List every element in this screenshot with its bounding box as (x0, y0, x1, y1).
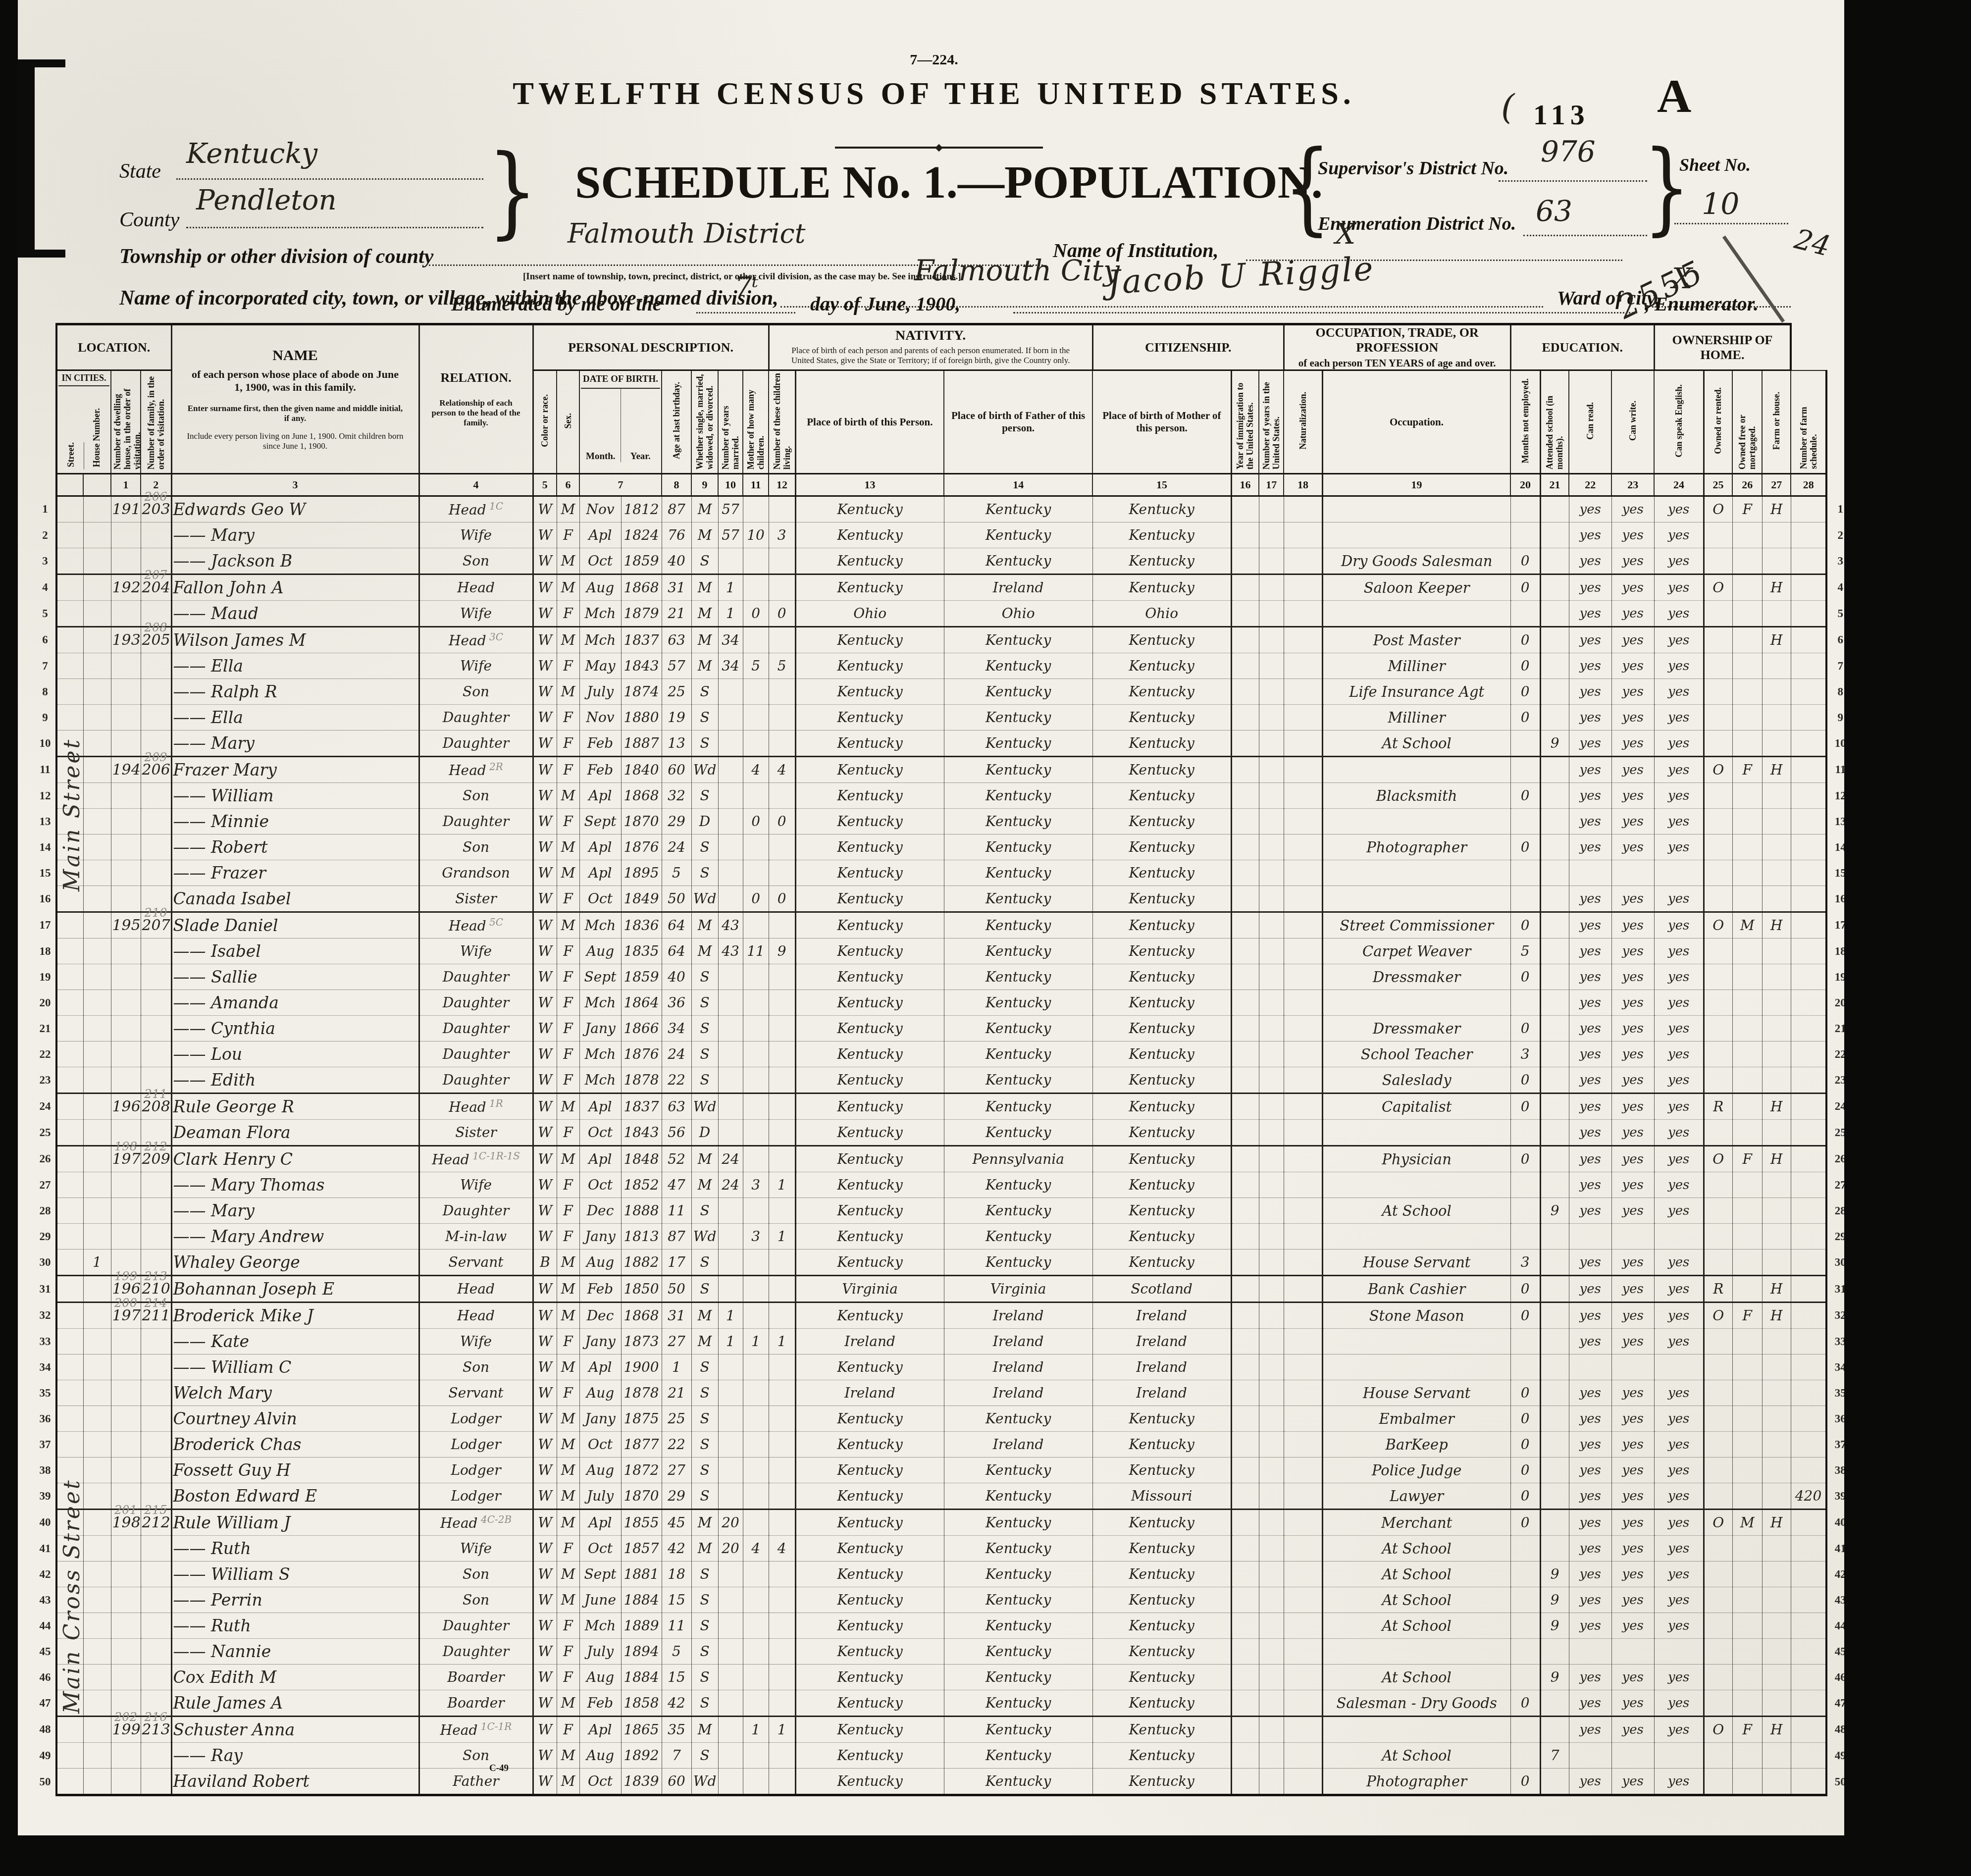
house-number (83, 834, 111, 860)
occupation: Lawyer (1322, 1483, 1510, 1510)
attended-school (1540, 1380, 1569, 1406)
census-row: 2—— MaryWifeWFApl182476M57103KentuckyKen… (35, 522, 1844, 548)
owned-or-rented (1704, 1483, 1732, 1510)
mother-birthplace: Kentucky (1092, 730, 1231, 757)
line-number-right: 5 (1826, 601, 1844, 627)
attended-school (1540, 705, 1569, 730)
line-number-right: 13 (1826, 809, 1844, 834)
owned-free-or-mortgaged (1732, 1665, 1762, 1690)
years-in-us (1259, 1094, 1284, 1120)
attended-school (1540, 938, 1569, 964)
can-read: yes (1569, 834, 1611, 860)
naturalization (1284, 1042, 1322, 1067)
sex: M (557, 912, 579, 938)
enumerator-label: , Enumerator. (1645, 292, 1759, 315)
house-number (83, 1510, 111, 1536)
mother-birthplace: Kentucky (1092, 1717, 1231, 1743)
dwelling-number: 196 (111, 1094, 141, 1120)
marital-status: M (691, 1303, 718, 1329)
col10-label: Number of years married. (718, 370, 743, 474)
marital-status: M (691, 1536, 718, 1562)
dwelling-number (111, 1432, 141, 1458)
months-not-employed: 0 (1510, 964, 1540, 990)
marital-status: D (691, 809, 718, 834)
census-row: 28—— MaryDaughterWFDec188811SKentuckyKen… (35, 1198, 1844, 1224)
relation: Daughter (419, 964, 533, 990)
birthplace: Kentucky (795, 1690, 944, 1717)
sex: M (557, 548, 579, 574)
months-not-employed: 0 (1510, 783, 1540, 809)
line-number-right: 36 (1826, 1406, 1844, 1432)
birthplace: Kentucky (795, 522, 944, 548)
can-speak-english: yes (1654, 1483, 1704, 1510)
can-speak-english: yes (1654, 1172, 1704, 1198)
supervisor-district-line (1499, 159, 1647, 182)
attended-school (1540, 757, 1569, 783)
line-number-left: 46 (35, 1665, 56, 1690)
father-birthplace: Kentucky (944, 1769, 1092, 1795)
farm-or-house (1762, 730, 1791, 757)
months-not-employed (1510, 886, 1540, 912)
group-ownership: OWNERSHIP OF HOME. (1654, 324, 1791, 370)
birth-month: Aug (579, 574, 621, 601)
can-speak-english: yes (1654, 548, 1704, 574)
can-write: yes (1611, 1250, 1654, 1276)
house-number (83, 1067, 111, 1094)
children-living (769, 1303, 795, 1329)
years-married: 1 (718, 601, 743, 627)
family-number (141, 938, 171, 964)
attended-school (1540, 653, 1569, 679)
relation: Head 3C (419, 627, 533, 653)
owned-or-rented (1704, 1120, 1732, 1146)
owned-free-or-mortgaged (1732, 1355, 1762, 1380)
farm-or-house (1762, 1639, 1791, 1665)
can-speak-english: yes (1654, 1120, 1704, 1146)
dwelling-number (111, 886, 141, 912)
line-number-left: 39 (35, 1483, 56, 1510)
years-in-us (1259, 1690, 1284, 1717)
birth-month: Oct (579, 1120, 621, 1146)
marital-status: S (691, 730, 718, 757)
dwelling-number (111, 1329, 141, 1355)
attended-school (1540, 1717, 1569, 1743)
father-birthplace: Kentucky (944, 964, 1092, 990)
house-number (83, 548, 111, 574)
birth-month: Feb (579, 757, 621, 783)
relation: Head 1C (419, 496, 533, 522)
relation: Head 2R (419, 757, 533, 783)
father-birthplace: Kentucky (944, 1016, 1092, 1042)
children-living (769, 1743, 795, 1769)
birth-month: Sept (579, 809, 621, 834)
years-married (718, 1587, 743, 1613)
owned-or-rented: O (1704, 912, 1732, 938)
age: 22 (662, 1067, 691, 1094)
dwelling-number (111, 522, 141, 548)
attended-school (1540, 964, 1569, 990)
farm-or-house: H (1762, 574, 1791, 601)
line-number-right: 47 (1826, 1690, 1844, 1717)
census-row: 20—— AmandaDaughterWFMch186436SKentuckyK… (35, 990, 1844, 1016)
children-living (769, 705, 795, 730)
months-not-employed (1510, 601, 1540, 627)
birthplace: Kentucky (795, 1224, 944, 1250)
family-number: 216213 (141, 1717, 171, 1743)
street-cell (56, 964, 83, 990)
marital-status: M (691, 1510, 718, 1536)
person-name: —— William (171, 783, 419, 809)
birth-month: July (579, 1483, 621, 1510)
owned-free-or-mortgaged (1732, 1198, 1762, 1224)
person-name: Rule James A (171, 1690, 419, 1717)
line-number-left: 36 (35, 1406, 56, 1432)
months-not-employed: 0 (1510, 627, 1540, 653)
father-birthplace: Kentucky (944, 1510, 1092, 1536)
line-number-left: 47 (35, 1690, 56, 1717)
farm-or-house: H (1762, 1146, 1791, 1172)
age: 27 (662, 1458, 691, 1483)
father-birthplace: Kentucky (944, 1639, 1092, 1665)
farm-or-house (1762, 1355, 1791, 1380)
years-married (718, 809, 743, 834)
months-not-employed (1510, 496, 1540, 522)
occupation: Merchant (1322, 1510, 1510, 1536)
father-birthplace: Kentucky (944, 1536, 1092, 1562)
col1-label: Number of dwelling house, in the order o… (111, 370, 141, 474)
birth-year: 1892 (621, 1743, 662, 1769)
street-cell (56, 1172, 83, 1198)
relation: Son (419, 1562, 533, 1587)
owned-or-rented (1704, 990, 1732, 1016)
house-number (83, 1690, 111, 1717)
years-married (718, 1717, 743, 1743)
farm-schedule (1791, 809, 1826, 834)
immigration-year (1231, 1146, 1259, 1172)
owned-or-rented (1704, 886, 1732, 912)
can-read: yes (1569, 1067, 1611, 1094)
mother-birthplace: Kentucky (1092, 1198, 1231, 1224)
birth-year: 1900 (621, 1355, 662, 1380)
sex: M (557, 1303, 579, 1329)
owned-free-or-mortgaged (1732, 1250, 1762, 1276)
margin-num-left (35, 474, 56, 496)
age: 57 (662, 653, 691, 679)
house-number (83, 757, 111, 783)
line-number-left: 8 (35, 679, 56, 705)
birthplace: Kentucky (795, 496, 944, 522)
farm-or-house (1762, 1042, 1791, 1067)
farm-or-house (1762, 1120, 1791, 1146)
house-number (83, 1146, 111, 1172)
can-write: yes (1611, 1717, 1654, 1743)
owned-free-or-mortgaged (1732, 705, 1762, 730)
owned-or-rented (1704, 1769, 1732, 1795)
birth-month: Feb (579, 1276, 621, 1303)
birth-month: Apl (579, 1094, 621, 1120)
years-in-us (1259, 1276, 1284, 1303)
can-read: yes (1569, 990, 1611, 1016)
person-name: —— Minnie (171, 809, 419, 834)
children-living (769, 1120, 795, 1146)
color-race: W (533, 653, 557, 679)
birthplace: Kentucky (795, 860, 944, 886)
farm-or-house (1762, 1198, 1791, 1224)
immigration-year (1231, 860, 1259, 886)
can-read: yes (1569, 783, 1611, 809)
birth-year: 1884 (621, 1665, 662, 1690)
owned-free-or-mortgaged (1732, 1094, 1762, 1120)
children-living: 4 (769, 757, 795, 783)
attended-school (1540, 1042, 1569, 1067)
naturalization (1284, 834, 1322, 860)
colnum-10: 10 (718, 474, 743, 496)
father-birthplace: Kentucky (944, 783, 1092, 809)
children-living (769, 783, 795, 809)
naturalization (1284, 1224, 1322, 1250)
state-county-brace: } (487, 133, 538, 249)
can-speak-english: yes (1654, 1717, 1704, 1743)
sex: F (557, 1198, 579, 1224)
sex: M (557, 1769, 579, 1795)
mother-birthplace: Kentucky (1092, 522, 1231, 548)
house-number (83, 1406, 111, 1432)
relation: Daughter (419, 705, 533, 730)
owned-free-or-mortgaged: M (1732, 912, 1762, 938)
birthplace: Kentucky (795, 834, 944, 860)
mother-birthplace: Kentucky (1092, 1510, 1231, 1536)
family-number (141, 653, 171, 679)
owned-free-or-mortgaged: F (1732, 496, 1762, 522)
attended-school (1540, 496, 1569, 522)
can-write: yes (1611, 1483, 1654, 1510)
attended-school (1540, 1639, 1569, 1665)
dwelling-number (111, 990, 141, 1016)
enumeration-district-line (1523, 214, 1647, 236)
naturalization (1284, 679, 1322, 705)
birthplace: Kentucky (795, 574, 944, 601)
dwelling-number: 192 (111, 574, 141, 601)
marital-status: M (691, 627, 718, 653)
farm-schedule (1791, 1094, 1826, 1120)
age: 64 (662, 938, 691, 964)
birth-month: Oct (579, 1172, 621, 1198)
birth-month: Jany (579, 1406, 621, 1432)
can-read: yes (1569, 912, 1611, 938)
birth-year: 1855 (621, 1510, 662, 1536)
relation: Boarder (419, 1665, 533, 1690)
years-married: 20 (718, 1510, 743, 1536)
birth-year: 1839 (621, 1769, 662, 1795)
age: 64 (662, 912, 691, 938)
farm-or-house (1762, 809, 1791, 834)
census-row: 32200197214211Broderick Mike JHeadWMDec1… (35, 1303, 1844, 1329)
can-read: yes (1569, 757, 1611, 783)
can-read: yes (1569, 627, 1611, 653)
birth-year: 1858 (621, 1690, 662, 1717)
immigration-year (1231, 1250, 1259, 1276)
family-number (141, 1380, 171, 1406)
farm-schedule (1791, 1690, 1826, 1717)
line-number-right: 8 (1826, 679, 1844, 705)
years-married: 24 (718, 1146, 743, 1172)
person-name: Edwards Geo W (171, 496, 419, 522)
mother-birthplace: Kentucky (1092, 679, 1231, 705)
owned-free-or-mortgaged (1732, 1042, 1762, 1067)
relation: Wife (419, 938, 533, 964)
line-number-left: 34 (35, 1355, 56, 1380)
relation: Son (419, 1743, 533, 1769)
can-write: yes (1611, 1690, 1654, 1717)
sex: F (557, 964, 579, 990)
person-name: —— Kate (171, 1329, 419, 1355)
farm-or-house (1762, 783, 1791, 809)
line-number-left: 11 (35, 757, 56, 783)
color-race: W (533, 757, 557, 783)
father-birthplace: Ireland (944, 1303, 1092, 1329)
color-race: W (533, 1198, 557, 1224)
months-not-employed: 0 (1510, 1016, 1540, 1042)
immigration-year (1231, 886, 1259, 912)
line-number-left: 30 (35, 1250, 56, 1276)
owned-or-rented: O (1704, 496, 1732, 522)
immigration-year (1231, 705, 1259, 730)
father-birthplace: Kentucky (944, 1406, 1092, 1432)
sex: F (557, 1172, 579, 1198)
owned-free-or-mortgaged: F (1732, 1303, 1762, 1329)
dwelling-number (111, 1458, 141, 1483)
birthplace: Kentucky (795, 1406, 944, 1432)
immigration-year (1231, 1276, 1259, 1303)
can-write (1611, 1224, 1654, 1250)
census-row: 22—— LouDaughterWFMch187624SKentuckyKent… (35, 1042, 1844, 1067)
colnum-6: 6 (557, 474, 579, 496)
line-number-left: 38 (35, 1458, 56, 1483)
can-write: yes (1611, 1510, 1654, 1536)
family-number (141, 964, 171, 990)
person-name: —— Mary (171, 730, 419, 757)
color-race: W (533, 1639, 557, 1665)
sex: M (557, 1276, 579, 1303)
years-married (718, 1276, 743, 1303)
sex: F (557, 886, 579, 912)
can-write (1611, 1355, 1654, 1380)
mother-birthplace: Kentucky (1092, 1665, 1231, 1690)
county-line (186, 206, 483, 228)
years-married (718, 990, 743, 1016)
farm-or-house (1762, 886, 1791, 912)
birth-year: 1849 (621, 886, 662, 912)
age: 17 (662, 1250, 691, 1276)
person-name: —— Lou (171, 1042, 419, 1067)
person-name: —— Ruth (171, 1536, 419, 1562)
mother-of-children (743, 627, 769, 653)
age: 32 (662, 783, 691, 809)
line-number-left: 33 (35, 1329, 56, 1355)
owned-free-or-mortgaged (1732, 809, 1762, 834)
person-name: —— Ruth (171, 1613, 419, 1639)
owned-or-rented (1704, 1355, 1732, 1380)
years-in-us (1259, 1042, 1284, 1067)
line-number-left: 28 (35, 1198, 56, 1224)
family-number: 209206 (141, 757, 171, 783)
line-number-right: 28 (1826, 1198, 1844, 1224)
attended-school (1540, 1224, 1569, 1250)
person-name: Frazer Mary (171, 757, 419, 783)
birth-year: 1840 (621, 757, 662, 783)
corner-number: 24 (1791, 223, 1833, 262)
col12-label: Number of these children living. (769, 370, 795, 474)
person-name: —— Amanda (171, 990, 419, 1016)
group-location: LOCATION. (56, 324, 171, 370)
marital-status: S (691, 1198, 718, 1224)
birth-year: 1881 (621, 1562, 662, 1587)
owned-free-or-mortgaged: F (1732, 757, 1762, 783)
birth-year: 1866 (621, 1016, 662, 1042)
birth-month: Jany (579, 1224, 621, 1250)
birth-month: Aug (579, 1743, 621, 1769)
dwelling-number (111, 1355, 141, 1380)
sex: M (557, 1743, 579, 1769)
owned-or-rented: O (1704, 1510, 1732, 1536)
sheet-label: Sheet No. (1679, 155, 1751, 175)
family-number (141, 1329, 171, 1355)
city-value: Falmouth City (914, 254, 1120, 287)
farm-schedule (1791, 1639, 1826, 1665)
mother-of-children (743, 1094, 769, 1120)
can-read: yes (1569, 1717, 1611, 1743)
father-birthplace: Kentucky (944, 1120, 1092, 1146)
father-birthplace: Kentucky (944, 1198, 1092, 1224)
can-write (1611, 860, 1654, 886)
colnum-4: 4 (419, 474, 533, 496)
birthplace: Kentucky (795, 1717, 944, 1743)
owned-or-rented (1704, 1198, 1732, 1224)
mother-of-children (743, 1769, 769, 1795)
birth-year: 1868 (621, 574, 662, 601)
name-title: NAME (173, 347, 417, 364)
marital-status: S (691, 1458, 718, 1483)
years-in-us (1259, 990, 1284, 1016)
col-house-label: House Number. (92, 408, 102, 467)
family-number (141, 1355, 171, 1380)
can-speak-english: yes (1654, 1665, 1704, 1690)
can-write: yes (1611, 653, 1654, 679)
color-race: W (533, 1769, 557, 1795)
dob-cell: DATE OF BIRTH. Month. Year. (579, 370, 662, 474)
immigration-year (1231, 1094, 1259, 1120)
age: 22 (662, 1432, 691, 1458)
township-label: Township or other division of county (119, 245, 433, 268)
mother-of-children (743, 1380, 769, 1406)
owned-or-rented (1704, 522, 1732, 548)
birthplace: Kentucky (795, 1250, 944, 1276)
years-married (718, 1432, 743, 1458)
can-read: yes (1569, 1042, 1611, 1067)
census-row: 47Rule James ABoarderWMFeb185842SKentuck… (35, 1690, 1844, 1717)
immigration-year (1231, 679, 1259, 705)
years-married (718, 1458, 743, 1483)
relation: Son (419, 783, 533, 809)
census-row: 19—— SallieDaughterWFSept185940SKentucky… (35, 964, 1844, 990)
can-write: yes (1611, 1276, 1654, 1303)
naturalization (1284, 1016, 1322, 1042)
age: 47 (662, 1172, 691, 1198)
years-married (718, 1380, 743, 1406)
can-speak-english (1654, 1355, 1704, 1380)
house-number (83, 990, 111, 1016)
birth-month: May (579, 653, 621, 679)
